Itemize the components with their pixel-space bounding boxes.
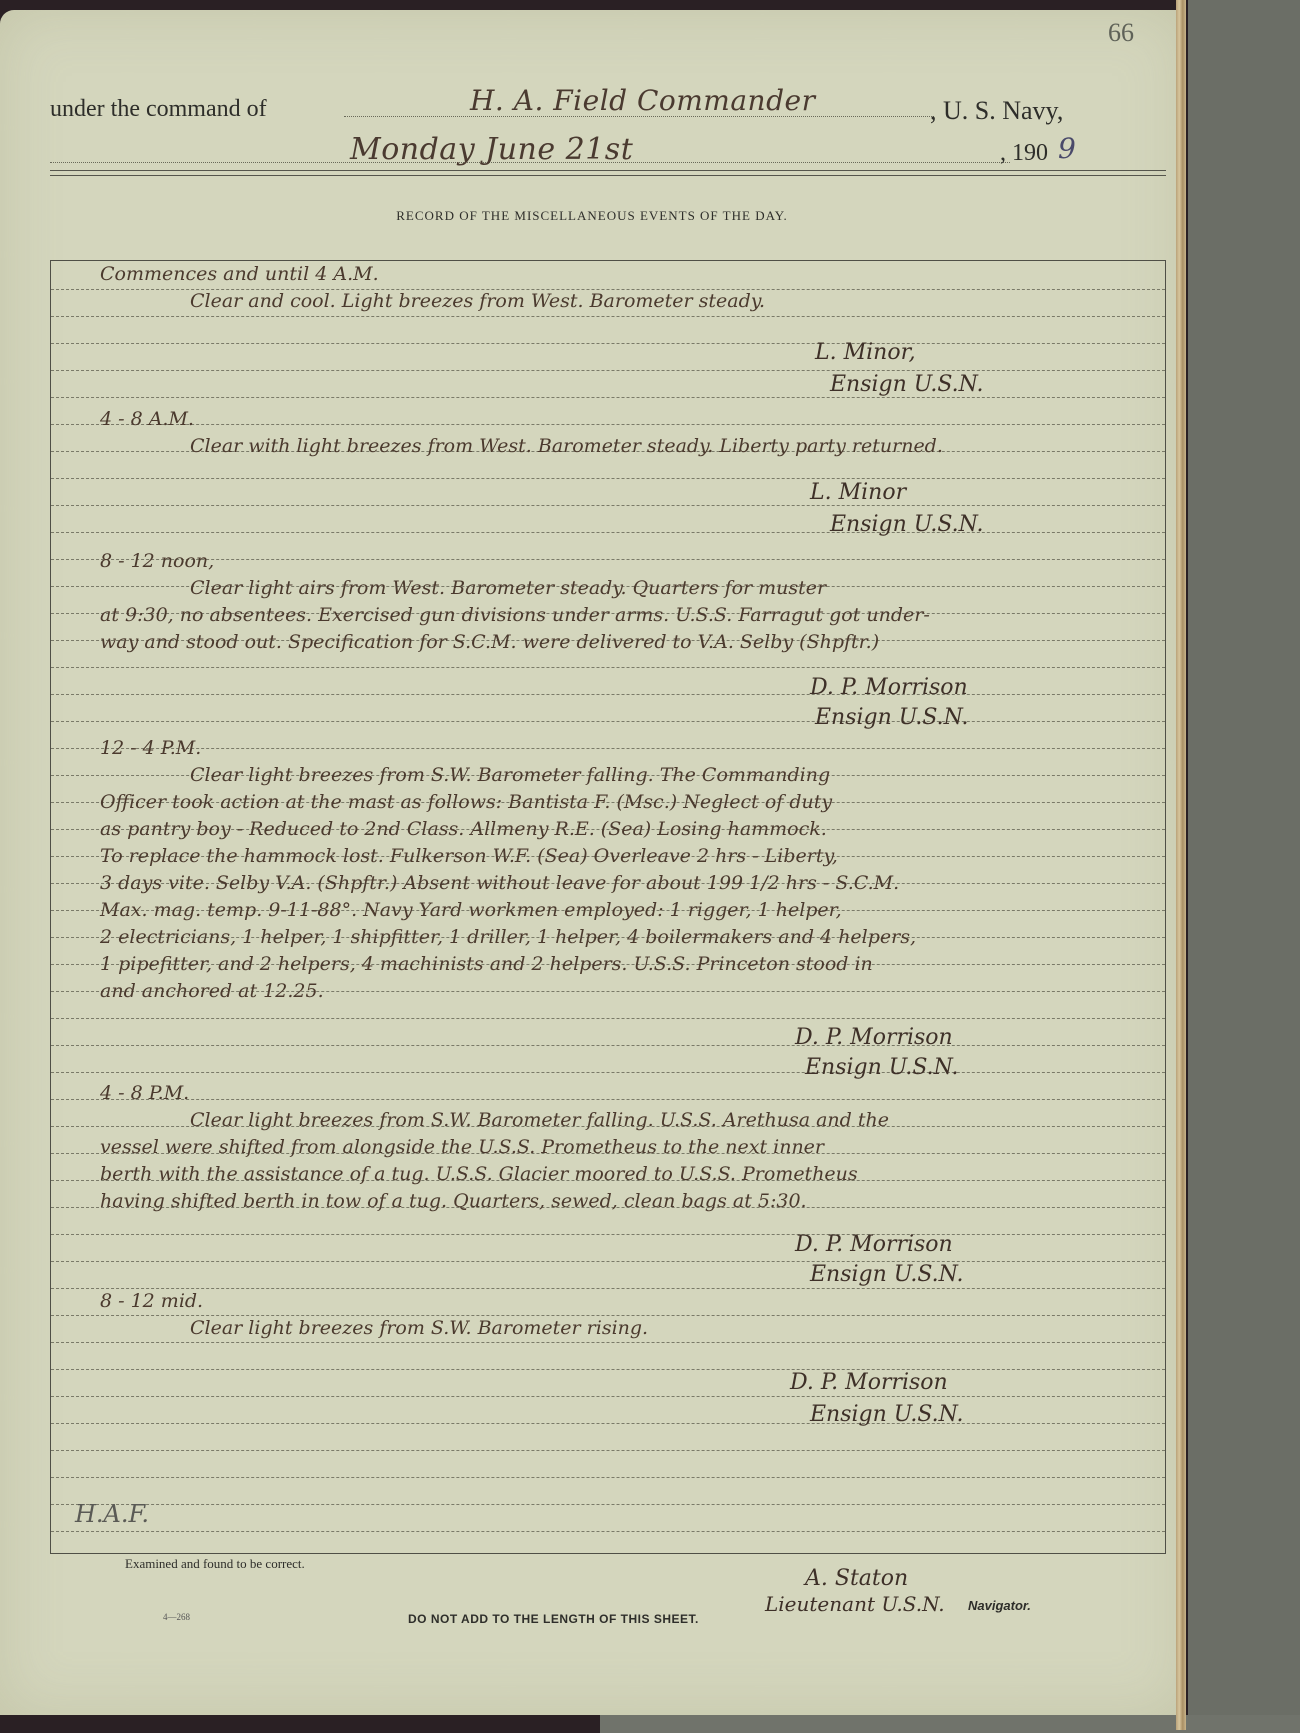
watch-heading: Commences and until 4 A.M. [100, 263, 379, 285]
ruled-line [51, 1396, 1165, 1397]
ruled-line [51, 721, 1165, 722]
ruled-line [51, 694, 1165, 695]
ruled-line [51, 748, 1165, 749]
officer-signature: D. P. Morrison [810, 675, 968, 700]
entry-line: Officer took action at the mast as follo… [100, 791, 832, 813]
ruled-line [51, 1369, 1165, 1370]
entry-line: Clear and cool. Light breezes from West.… [190, 290, 765, 312]
book-cover-background [1188, 0, 1300, 1733]
year-prefix: , 190 [1000, 140, 1048, 167]
navigator-label: Navigator. [968, 1598, 1031, 1613]
ruled-line [51, 1450, 1165, 1451]
officer-signature: D. P. Morrison [795, 1232, 953, 1257]
page-number: 66 [1108, 18, 1134, 48]
officer-signature: L. Minor [810, 480, 906, 505]
entry-line: Clear light airs from West. Barometer st… [190, 577, 826, 599]
entry-line: and anchored at 12.25. [100, 980, 324, 1002]
entry-line: 1 pipefitter, and 2 helpers, 4 machinist… [100, 953, 873, 975]
officer-rank: Ensign U.S.N. [830, 372, 983, 397]
ruled-line [51, 1477, 1165, 1478]
watch-heading: 8 - 12 noon, [100, 550, 214, 572]
officer-signature: L. Minor, [815, 340, 916, 365]
ruled-line [51, 1342, 1165, 1343]
commander-name: H. A. Field Commander [470, 84, 815, 117]
entry-line: Clear with light breezes from West. Baro… [190, 435, 943, 457]
ruled-line [51, 532, 1165, 533]
entry-line: Clear light breezes from S.W. Barometer … [190, 764, 830, 786]
ruled-line [51, 1045, 1165, 1046]
ruled-line [51, 1072, 1165, 1073]
entry-line: Clear light breezes from S.W. Barometer … [190, 1317, 648, 1339]
ruled-line [51, 316, 1165, 317]
ruled-line [51, 343, 1165, 344]
watch-heading: 12 - 4 P.M. [100, 737, 201, 759]
page-edge [1176, 0, 1186, 1730]
command-label: under the command of [50, 96, 267, 123]
entry-line: vessel were shifted from alongside the U… [100, 1136, 824, 1158]
navigator-rank: Lieutenant U.S.N. [765, 1592, 945, 1616]
ruled-line [51, 559, 1165, 560]
officer-rank: Ensign U.S.N. [810, 1262, 963, 1287]
officer-rank: Ensign U.S.N. [815, 705, 968, 730]
entry-line: Clear light breezes from S.W. Barometer … [190, 1109, 889, 1131]
entry-line: as pantry boy - Reduced to 2nd Class. Al… [100, 818, 827, 840]
ruled-line [51, 1288, 1165, 1289]
entry-line: berth with the assistance of a tug. U.S.… [100, 1163, 858, 1185]
officer-rank: Ensign U.S.N. [810, 1402, 963, 1427]
navy-label: , U. S. Navy, [930, 96, 1063, 126]
entry-line: 3 days vite. Selby V.A. (Shpftr.) Absent… [100, 872, 899, 894]
navigator-signature: A. Staton [805, 1566, 908, 1591]
ruled-line [51, 1261, 1165, 1262]
ruled-line [51, 478, 1165, 479]
entry-line: at 9:30, no absentees. Exercised gun div… [100, 604, 930, 626]
ruled-line [51, 505, 1165, 506]
log-page: 66 under the command of H. A. Field Comm… [0, 10, 1184, 1715]
ruled-line [51, 1234, 1165, 1235]
ruled-line [51, 370, 1165, 371]
entry-line: To replace the hammock lost. Fulkerson W… [100, 845, 838, 867]
ruled-line [51, 1018, 1165, 1019]
log-date: Monday June 21st [350, 132, 633, 167]
officer-signature: D. P. Morrison [795, 1025, 953, 1050]
watch-heading: 4 - 8 P.M. [100, 1082, 189, 1104]
ruled-line [51, 397, 1165, 398]
ruled-line [51, 1531, 1165, 1532]
ruled-line [51, 1099, 1165, 1100]
examined-label: Examined and found to be correct. [125, 1556, 305, 1572]
table-background [600, 1715, 1300, 1733]
commander-initials: H.A.F. [75, 1500, 149, 1528]
ruled-line [51, 667, 1165, 668]
entry-line: way and stood out. Specification for S.C… [100, 631, 879, 653]
year-suffix: 9 [1058, 132, 1076, 165]
sheet-notice: DO NOT ADD TO THE LENGTH OF THIS SHEET. [408, 1612, 699, 1626]
entry-line: Max. mag. temp. 9-11-88°. Navy Yard work… [100, 899, 842, 921]
watch-heading: 4 - 8 A.M. [100, 408, 194, 430]
officer-rank: Ensign U.S.N. [805, 1055, 958, 1080]
officer-signature: D. P. Morrison [790, 1370, 948, 1395]
ruled-line [51, 1423, 1165, 1424]
ruled-line [51, 424, 1165, 425]
form-number: 4—268 [163, 1612, 190, 1622]
officer-rank: Ensign U.S.N. [830, 512, 983, 537]
watch-heading: 8 - 12 mid. [100, 1290, 203, 1312]
header-divider [50, 170, 1166, 176]
record-title: RECORD OF THE MISCELLANEOUS EVENTS OF TH… [0, 208, 1184, 224]
ruled-line [51, 1504, 1165, 1505]
ruled-line [51, 1315, 1165, 1316]
entry-line: 2 electricians, 1 helper, 1 shipfitter, … [100, 926, 916, 948]
entry-line: having shifted berth in tow of a tug. Qu… [100, 1190, 807, 1212]
